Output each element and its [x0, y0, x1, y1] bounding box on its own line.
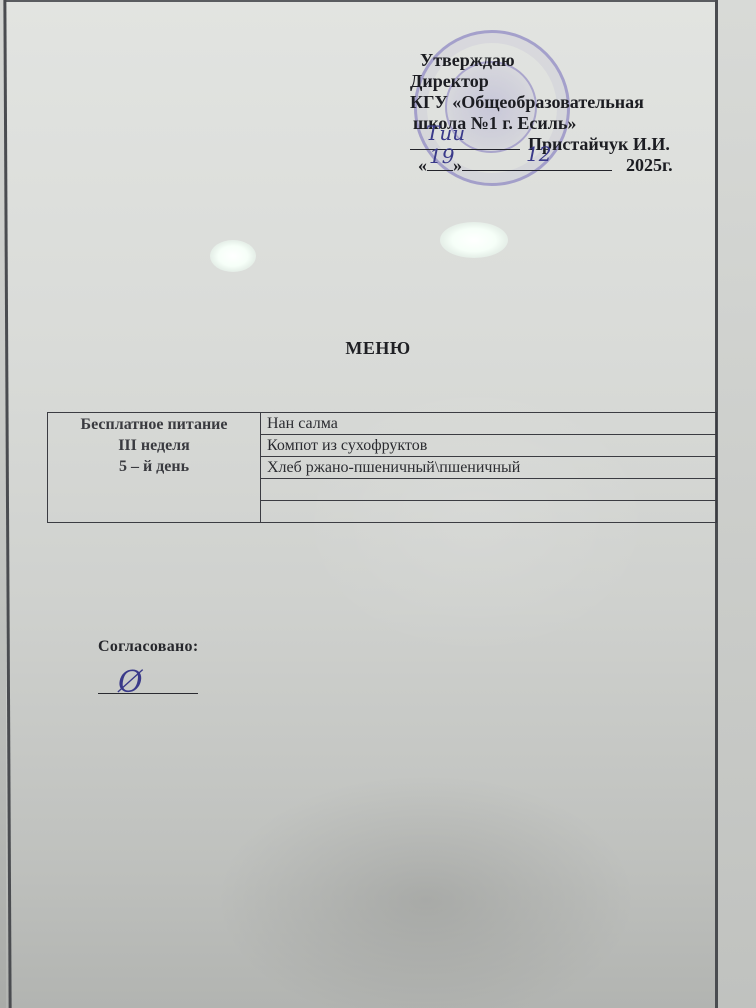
- frame-edge: [718, 0, 756, 1008]
- menu-item: Нан салма: [261, 413, 717, 435]
- table-row: Бесплатное питание III неделя 5 – й день…: [48, 413, 717, 435]
- document-title: МЕНЮ: [0, 338, 756, 359]
- menu-item-empty: [261, 479, 717, 501]
- menu-item-empty: [261, 501, 717, 523]
- approval-date-row: «19»122025г.: [410, 155, 673, 176]
- menu-type: Бесплатное питание: [54, 414, 254, 435]
- director-signature: Тии: [426, 123, 465, 144]
- date-month: 12: [526, 144, 551, 165]
- agreement-signature-line: [98, 693, 198, 694]
- approval-block: Утверждаю Директор КГУ «Общеобразователь…: [410, 50, 673, 176]
- date-open-quote: «: [418, 155, 427, 175]
- light-reflection: [210, 240, 256, 272]
- menu-table: Бесплатное питание III неделя 5 – й день…: [47, 412, 717, 523]
- light-reflection: [440, 222, 508, 258]
- agreement-signature: Ø: [118, 665, 143, 700]
- date-year: 2025г.: [626, 155, 673, 175]
- director-signature-line: Тии: [410, 135, 520, 150]
- menu-week: III неделя: [54, 435, 254, 456]
- date-day: 19: [429, 146, 454, 167]
- date-day-field: 19: [427, 156, 453, 171]
- menu-item: Хлеб ржано-пшеничный\пшеничный: [261, 457, 717, 479]
- approval-position: Директор: [410, 71, 673, 92]
- menu-day: 5 – й день: [54, 456, 254, 477]
- menu-item: Компот из сухофруктов: [261, 435, 717, 457]
- agreement-label: Согласовано:: [98, 638, 198, 656]
- menu-header-cell: Бесплатное питание III неделя 5 – й день: [48, 413, 261, 523]
- frame-top-border: [6, 0, 718, 2]
- date-month-field: 12: [462, 156, 612, 171]
- approval-organization: КГУ «Общеобразовательная: [410, 92, 673, 113]
- approval-heading: Утверждаю: [410, 50, 673, 71]
